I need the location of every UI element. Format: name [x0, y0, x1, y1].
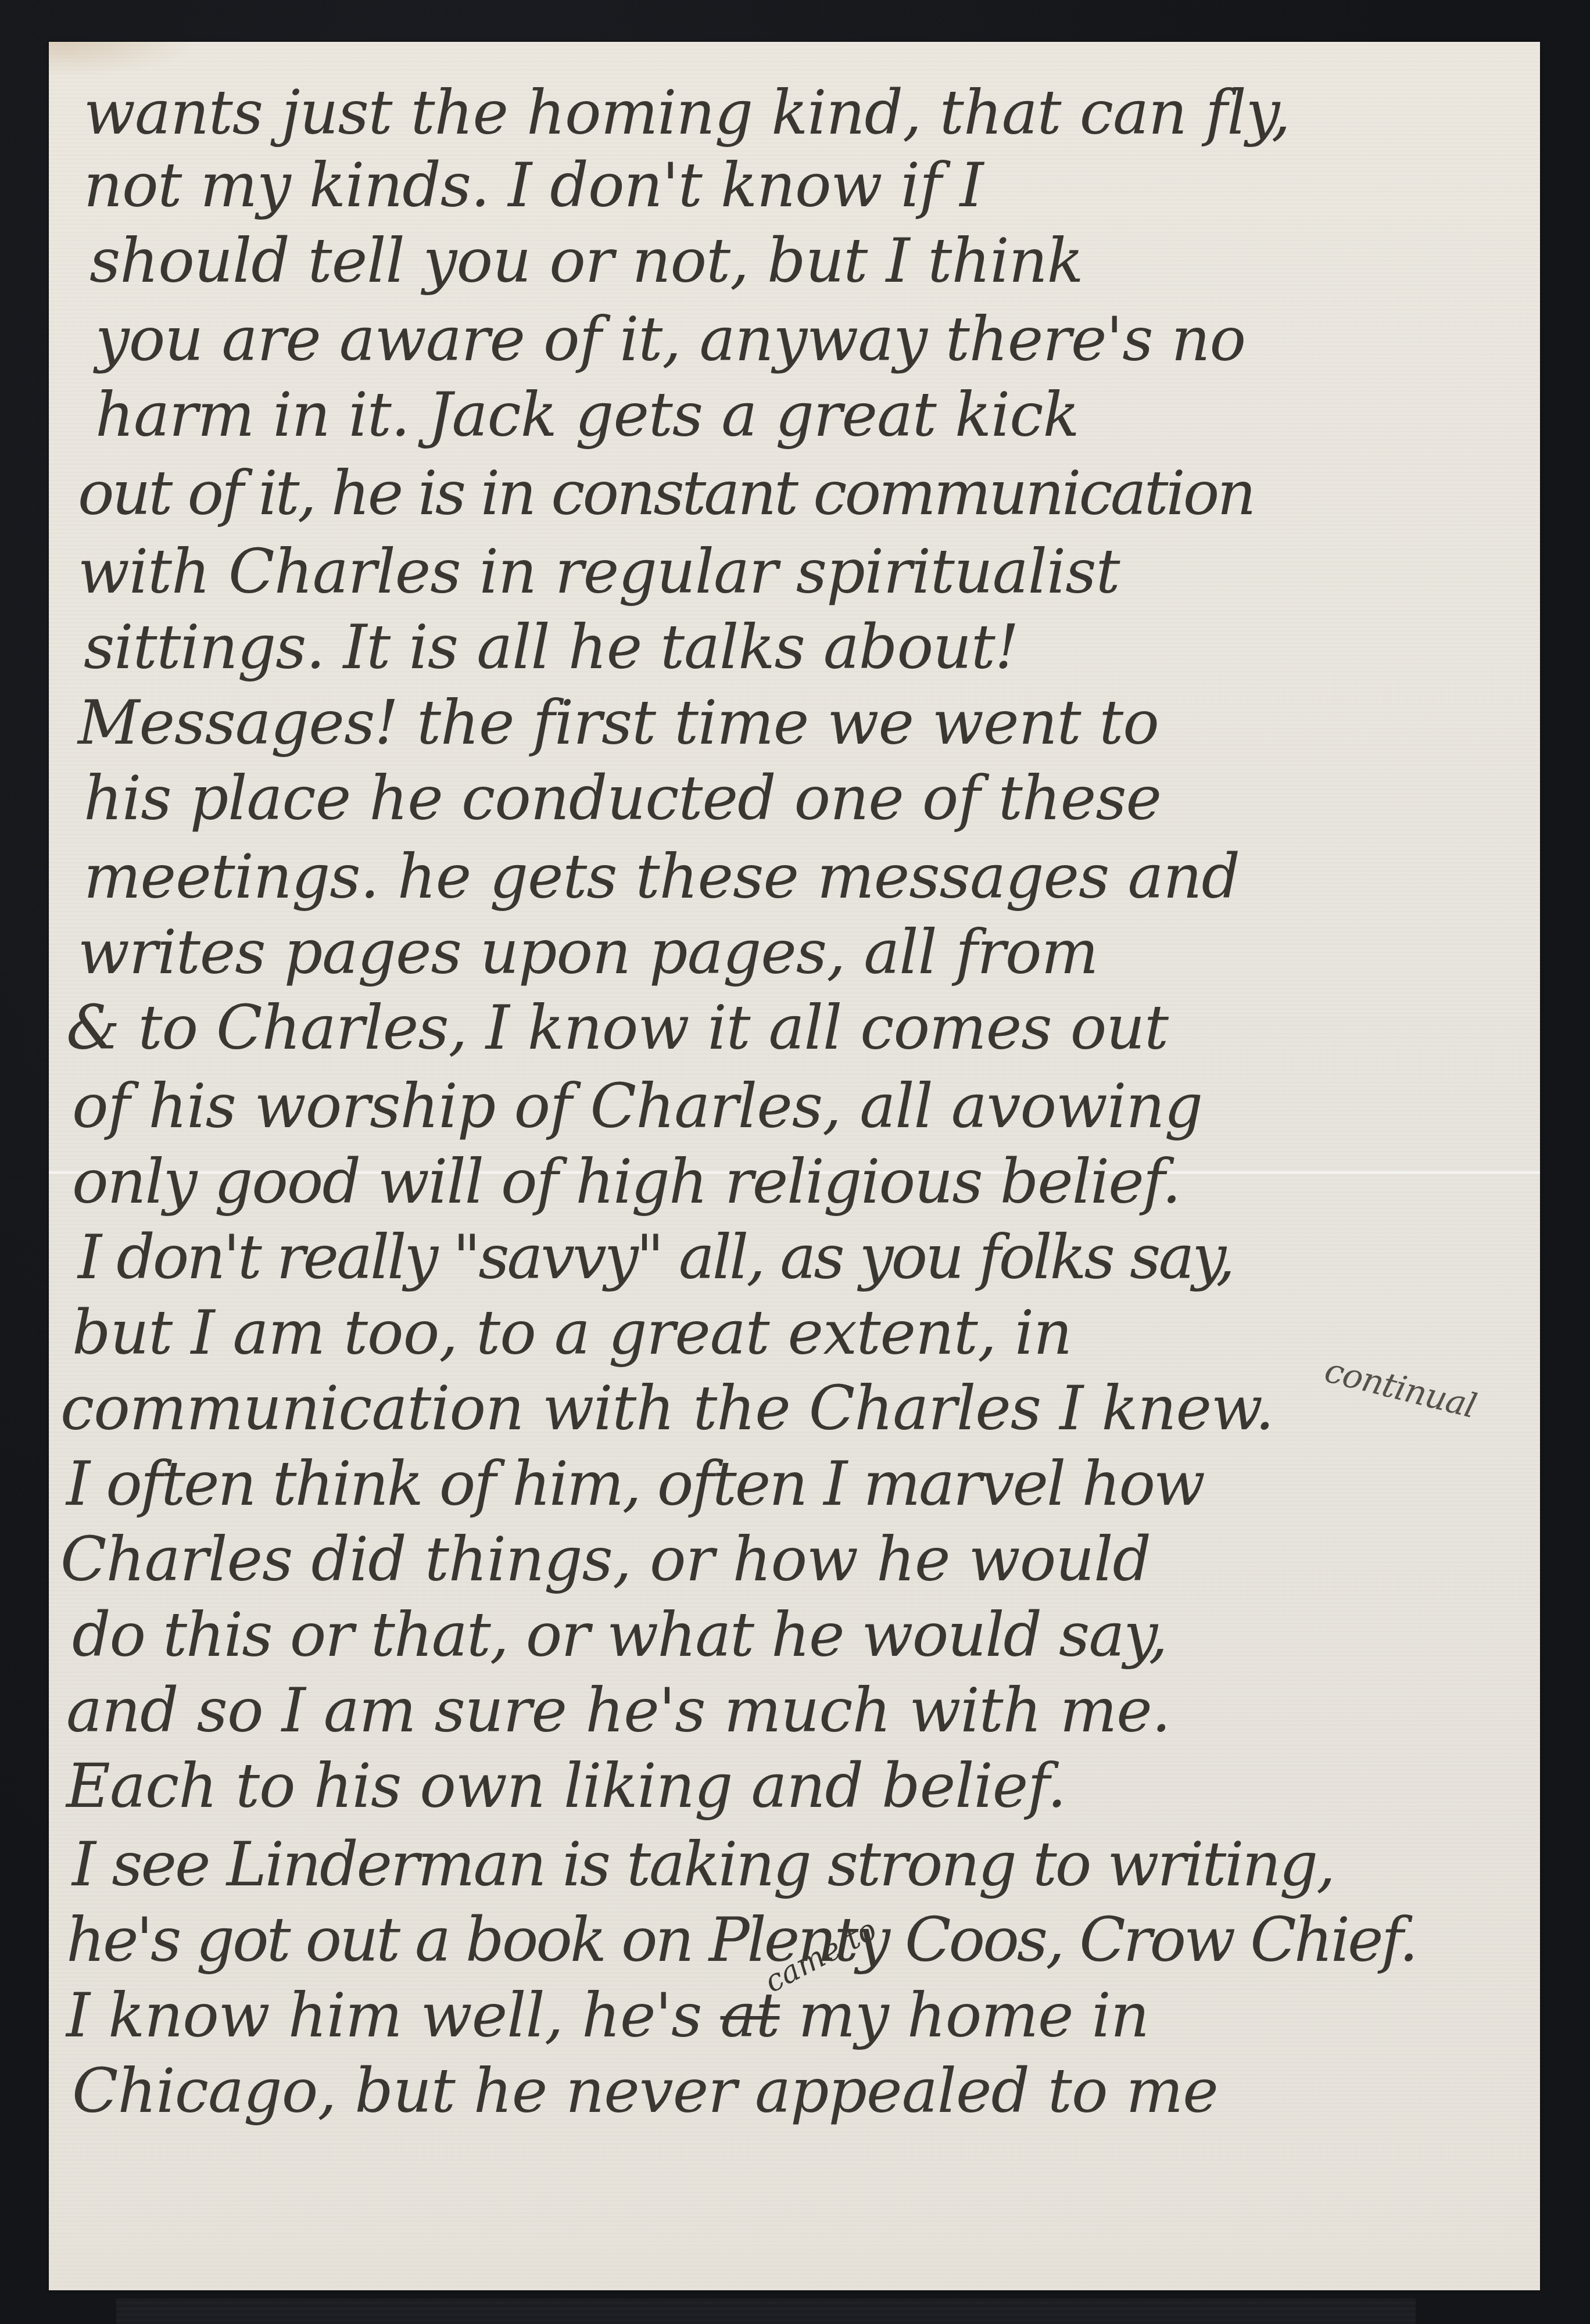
letter-line-26-start: I know him well, he's: [66, 1980, 701, 2051]
letter-line-24: I see Linderman is taking strong to writ…: [72, 1834, 1334, 1895]
letter-line-11: meetings. he gets these messages and: [84, 847, 1240, 907]
letter-line-26-end: my home in: [798, 1980, 1149, 2051]
letter-line-18: communication with the Charles I knew.: [60, 1378, 1274, 1439]
letter-line-14: of his worship of Charles, all avowing: [72, 1076, 1202, 1136]
letter-line-23: Each to his own liking and belief.: [66, 1756, 1066, 1816]
letter-line-13: & to Charles, I know it all comes out: [66, 998, 1168, 1058]
letter-line-3: should tell you or not, but I think: [89, 231, 1083, 291]
letter-line-5: harm in it. Jack gets a great kick: [95, 385, 1079, 445]
letter-line-15: only good will of high religious belief.: [72, 1152, 1180, 1212]
letter-line-17: but I am too, to a great extent, in: [72, 1303, 1072, 1363]
mount-edge-below: [116, 2298, 1416, 2324]
letter-line-8: sittings. It is all he talks about!: [84, 617, 1019, 677]
letter-line-10: his place he conducted one of these: [84, 768, 1161, 829]
letter-line-7: with Charles in regular spiritualist: [78, 541, 1119, 602]
letter-line-17-continual: continual: [1322, 1353, 1480, 1423]
letter-line-25: he's got out a book on Plenty Coos, Crow…: [66, 1910, 1416, 1970]
letter-line-16: I don't really "savvy" all, as you folks…: [78, 1227, 1233, 1287]
letter-line-1: wants just the homing kind, that can fly…: [84, 83, 1290, 143]
letter-line-26: I know him well, he's at my home in: [66, 1985, 1149, 2046]
letter-line-6: out of it, he is in constant communicati…: [78, 463, 1254, 523]
letter-page: wants just the homing kind, that can fly…: [49, 42, 1540, 2290]
letter-line-22: and so I am sure he's much with me.: [66, 1680, 1170, 1741]
letter-line-9: Messages! the first time we went to: [78, 693, 1159, 753]
letter-line-2: not my kinds. I don't know if I: [84, 155, 983, 216]
letter-line-4: you are aware of it, anyway there's no: [95, 309, 1245, 370]
letter-line-27: Chicago, but he never appealed to me: [72, 2061, 1218, 2121]
letter-line-20: Charles did things, or how he would: [60, 1529, 1151, 1590]
letter-line-21: do this or that, or what he would say,: [72, 1605, 1167, 1665]
letter-line-12: writes pages upon pages, all from: [78, 922, 1098, 982]
letter-line-19: I often think of him, often I marvel how: [66, 1454, 1204, 1514]
